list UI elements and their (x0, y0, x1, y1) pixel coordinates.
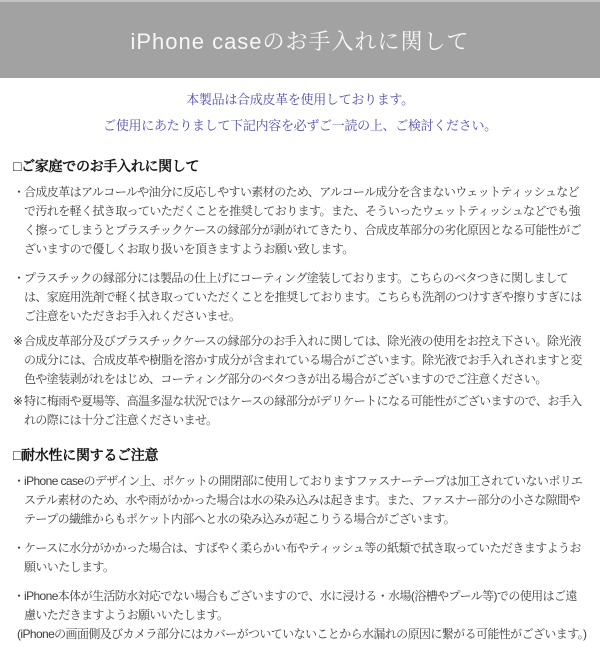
care-instruction-item: ・ プラスチックの縁部分には製品の仕上げにコーティング塗装しております。こちらの… (13, 269, 588, 326)
care-instructions-page: iPhone caseのお手入れに関して 本製品は合成皮革を使用しております。 … (0, 0, 600, 650)
care-caution-text: 特に梅雨や夏場等、高温多湿な状況ではケースの縁部分がデリケートになる可能性がござ… (24, 392, 588, 430)
page-title: iPhone caseのお手入れに関して (130, 25, 469, 56)
asterisk-marker: ※ (13, 332, 24, 389)
section-heading-home-care: □ご家庭でのお手入れに関して (13, 156, 588, 176)
section-water-resistance-items: ・ iPhone caseのデザイン上、ポケットの開閉部に使用しておりますファス… (13, 472, 588, 644)
section-heading-water-resistance: □耐水性に関するご注意 (13, 445, 588, 465)
intro-line-1: 本製品は合成皮革を使用しております。 (0, 87, 600, 113)
care-instruction-item: ・ 合成皮革はアルコールや油分に反応しやすい素材のため、アルコール成分を含まない… (13, 183, 588, 259)
care-instruction-text: 合成皮革はアルコールや油分に反応しやすい素材のため、アルコール成分を含まないウェ… (24, 183, 588, 259)
content-area: □ご家庭でのお手入れに関して ・ 合成皮革はアルコールや油分に反応しやすい素材の… (0, 156, 600, 644)
care-instruction-text: プラスチックの縁部分には製品の仕上げにコーティング塗装しております。こちらのベタ… (24, 269, 588, 326)
water-caution-main-text: iPhone本体が生活防水対応でない場合もございますので、水に浸ける・水場(浴槽… (24, 589, 577, 622)
section-home-care-items: ・ 合成皮革はアルコールや油分に反応しやすい素材のため、アルコール成分を含まない… (13, 183, 588, 430)
water-caution-note: (iPhoneの画面側及びカメラ部分にはカバーがついていないことから水漏れの原因… (17, 625, 588, 644)
bullet-marker: ・ (13, 472, 24, 529)
water-caution-text: iPhone caseのデザイン上、ポケットの開閉部に使用しておりますファスナー… (24, 472, 588, 529)
water-caution-text: iPhone本体が生活防水対応でない場合もございますので、水に浸ける・水場(浴槽… (24, 587, 588, 644)
care-caution-item: ※ 特に梅雨や夏場等、高温多湿な状況ではケースの縁部分がデリケートになる可能性が… (13, 392, 588, 430)
care-caution-item: ※ 合成皮革部分及びプラスチックケースの縁部分のお手入れに関しては、除光液の使用… (13, 332, 588, 389)
intro-notice: 本製品は合成皮革を使用しております。 ご使用にあたりまして下記内容を必ずご一読の… (0, 87, 600, 139)
bullet-marker: ・ (13, 183, 24, 259)
intro-line-2: ご使用にあたりまして下記内容を必ずご一読の上、ご検討ください。 (0, 113, 600, 139)
water-caution-text: ケースに水分がかかった場合は、すばやく柔らかい布やティッシュ等の紙類で拭き取って… (24, 539, 588, 577)
water-caution-item: ・ iPhone caseのデザイン上、ポケットの開閉部に使用しておりますファス… (13, 472, 588, 529)
water-caution-item: ・ ケースに水分がかかった場合は、すばやく柔らかい布やティッシュ等の紙類で拭き取… (13, 539, 588, 577)
water-caution-item: ・ iPhone本体が生活防水対応でない場合もございますので、水に浸ける・水場(… (13, 587, 588, 644)
care-caution-text: 合成皮革部分及びプラスチックケースの縁部分のお手入れに関しては、除光液の使用をお… (24, 332, 588, 389)
asterisk-marker: ※ (13, 392, 24, 430)
bullet-marker: ・ (13, 539, 24, 577)
bullet-marker: ・ (13, 269, 24, 326)
page-title-banner: iPhone caseのお手入れに関して (0, 0, 600, 78)
